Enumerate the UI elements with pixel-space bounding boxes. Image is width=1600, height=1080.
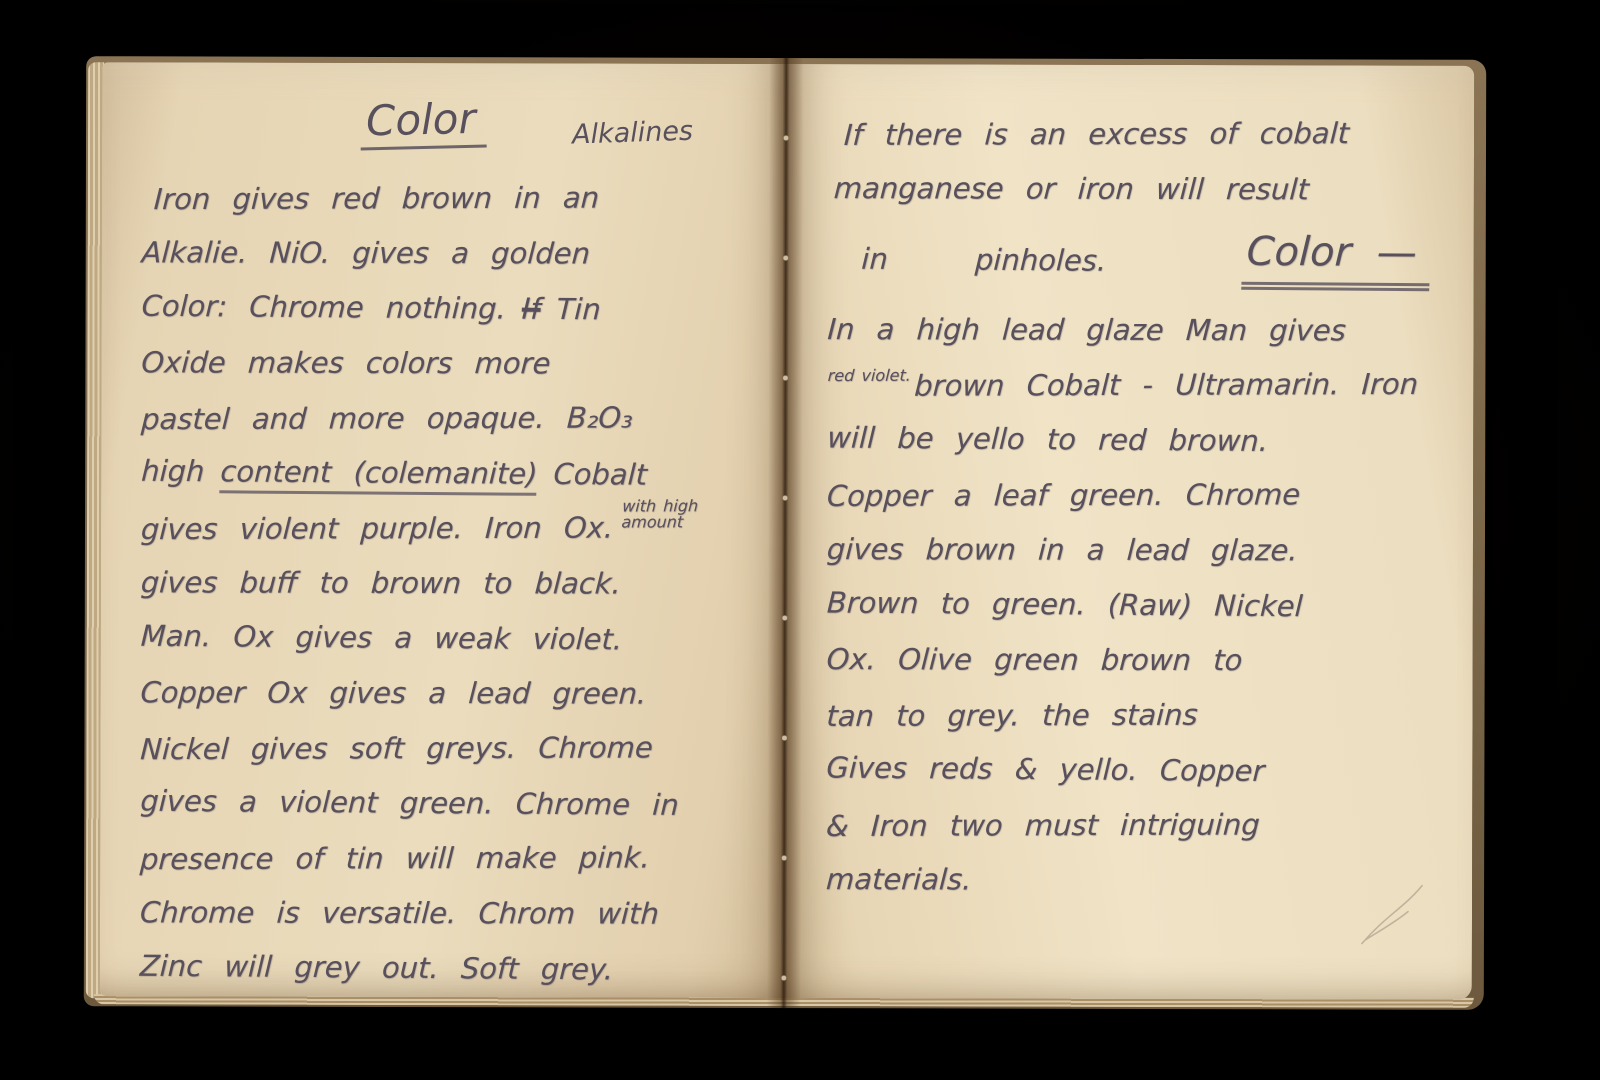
text-segment: pastel and more opaque. B₂O₃ [140,400,633,436]
text-segment: materials. [825,862,972,896]
handwritten-line: Man. Ox gives a weak violet. [140,609,762,669]
text-segment: If there is an excess of cobalt [843,116,1350,152]
text-segment: in pinholes. [826,231,1107,288]
text-segment: Iron gives red brown in an [153,181,600,217]
handwritten-line: Nickel gives soft greys. Chrome [139,720,762,777]
handwritten-line: In a high lead glaze Man gives [826,302,1453,359]
text-segment: Nickel gives soft greys. Chrome [140,730,654,766]
text-segment: Zinc will grey out. Soft grey. [139,949,614,987]
handwritten-line: will be yello to red brown. [826,410,1452,470]
text-segment: gives a violent green. Chrome in [140,784,680,822]
handwritten-line: Alkalie. NiO. gives a golden [140,225,763,282]
right-page: If there is an excess of cobaltmanganese… [786,64,1474,1000]
left-page-content: Color Alkalines Iron gives red brown in … [100,62,788,1000]
handwritten-line: manganese or iron will result [826,161,1453,218]
section-heading: Color — [1241,225,1432,291]
text-segment: Brown to green. (Raw) Nickel [826,585,1303,623]
handwritten-line: Gives reds & yello. Copper [825,740,1451,800]
text-segment: will be yello to red brown. [827,420,1269,457]
text-segment: Ox. Olive green brown to [826,642,1244,677]
handwritten-line: Color: Chrome nothing.IfTin [140,279,762,339]
text-segment: Alkalie. NiO. gives a golden [141,235,591,270]
text-segment: with high amount [621,498,715,530]
handwritten-line: presence of tin will make pink. [139,830,762,887]
handwritten-line: Zinc will grey out. Soft grey. [139,939,761,999]
text-segment: Cobalt [553,457,648,492]
left-page-title-row: Color Alkalines [142,88,762,172]
handwritten-line: Brown to green. (Raw) Nickel [826,575,1452,635]
handwritten-line: Chrome is versatile. Chrom with [138,885,761,942]
handwritten-line: gives brown in a lead glaze. [825,522,1452,579]
text-segment: gives brown in a lead glaze. [826,532,1299,567]
text-segment: Color: Chrome nothing. [141,289,507,326]
handwritten-line: & Iron two must intriguing [825,797,1452,854]
text-segment: & Iron two must intriguing [825,808,1260,844]
handwritten-line: Copper Ox gives a lead green. [139,665,762,722]
text-segment: In a high lead glaze Man gives [827,312,1347,347]
handwritten-line: Iron gives red brown in an [140,170,763,227]
text-segment: tan to grey. the stains [826,698,1199,733]
text-segment: Man. Ox gives a weak violet. [140,619,623,657]
handwritten-line: pastel and more opaque. B₂O₃ [140,390,763,447]
text-segment: manganese or iron will result [833,171,1310,206]
handwritten-line: gives violent purple. Iron Ox.with high … [140,500,763,557]
handwritten-line: in pinholes.Color — [826,214,1453,291]
right-page-content: If there is an excess of cobaltmanganese… [786,64,1475,1000]
handwritten-line: Copper a leaf green. Chrome [826,467,1453,524]
handwritten-line: red violet.brown Cobalt - Ultramarin. Ir… [826,357,1453,414]
text-segment: Oxide makes colors more [141,345,552,380]
text-segment: content (colemanite) [220,454,539,495]
pencil-scribble-mark [1356,881,1446,951]
handwritten-line: tan to grey. the stains [825,687,1452,744]
text-segment: Copper Ox gives a lead green. [140,675,648,710]
right-page-lines: If there is an excess of cobaltmanganese… [826,106,1452,909]
text-segment: brown Cobalt - Ultramarin. Iron [914,367,1419,403]
text-segment: Tin [556,292,602,326]
text-segment: If [521,292,541,326]
text-segment: gives buff to brown to black. [140,565,622,600]
handwritten-line: Oxide makes colors more [140,335,763,392]
left-page: Color Alkalines Iron gives red brown in … [100,62,788,998]
text-segment: Gives reds & yello. Copper [826,750,1265,787]
page-title: Color [359,94,486,151]
handwritten-line: highcontent (colemanite)Cobalt [140,444,762,504]
handwritten-line: Ox. Olive green brown to [825,632,1452,689]
text-segment: gives violent purple. Iron Ox. [140,511,614,547]
title-annotation: Alkalines [572,116,694,151]
open-notebook: Color Alkalines Iron gives red brown in … [84,56,1486,1010]
text-segment: red violet. [826,348,912,403]
text-segment: Copper a leaf green. Chrome [826,477,1301,513]
handwritten-line: gives a violent green. Chrome in [139,774,761,834]
left-page-lines: Iron gives red brown in anAlkalie. NiO. … [140,170,762,997]
text-segment: Chrome is versatile. Chrom with [139,895,660,930]
handwritten-line: If there is an excess of cobalt [827,106,1454,163]
text-segment: presence of tin will make pink. [139,840,650,876]
handwritten-line: gives buff to brown to black. [139,555,762,612]
text-segment: high [141,454,206,488]
